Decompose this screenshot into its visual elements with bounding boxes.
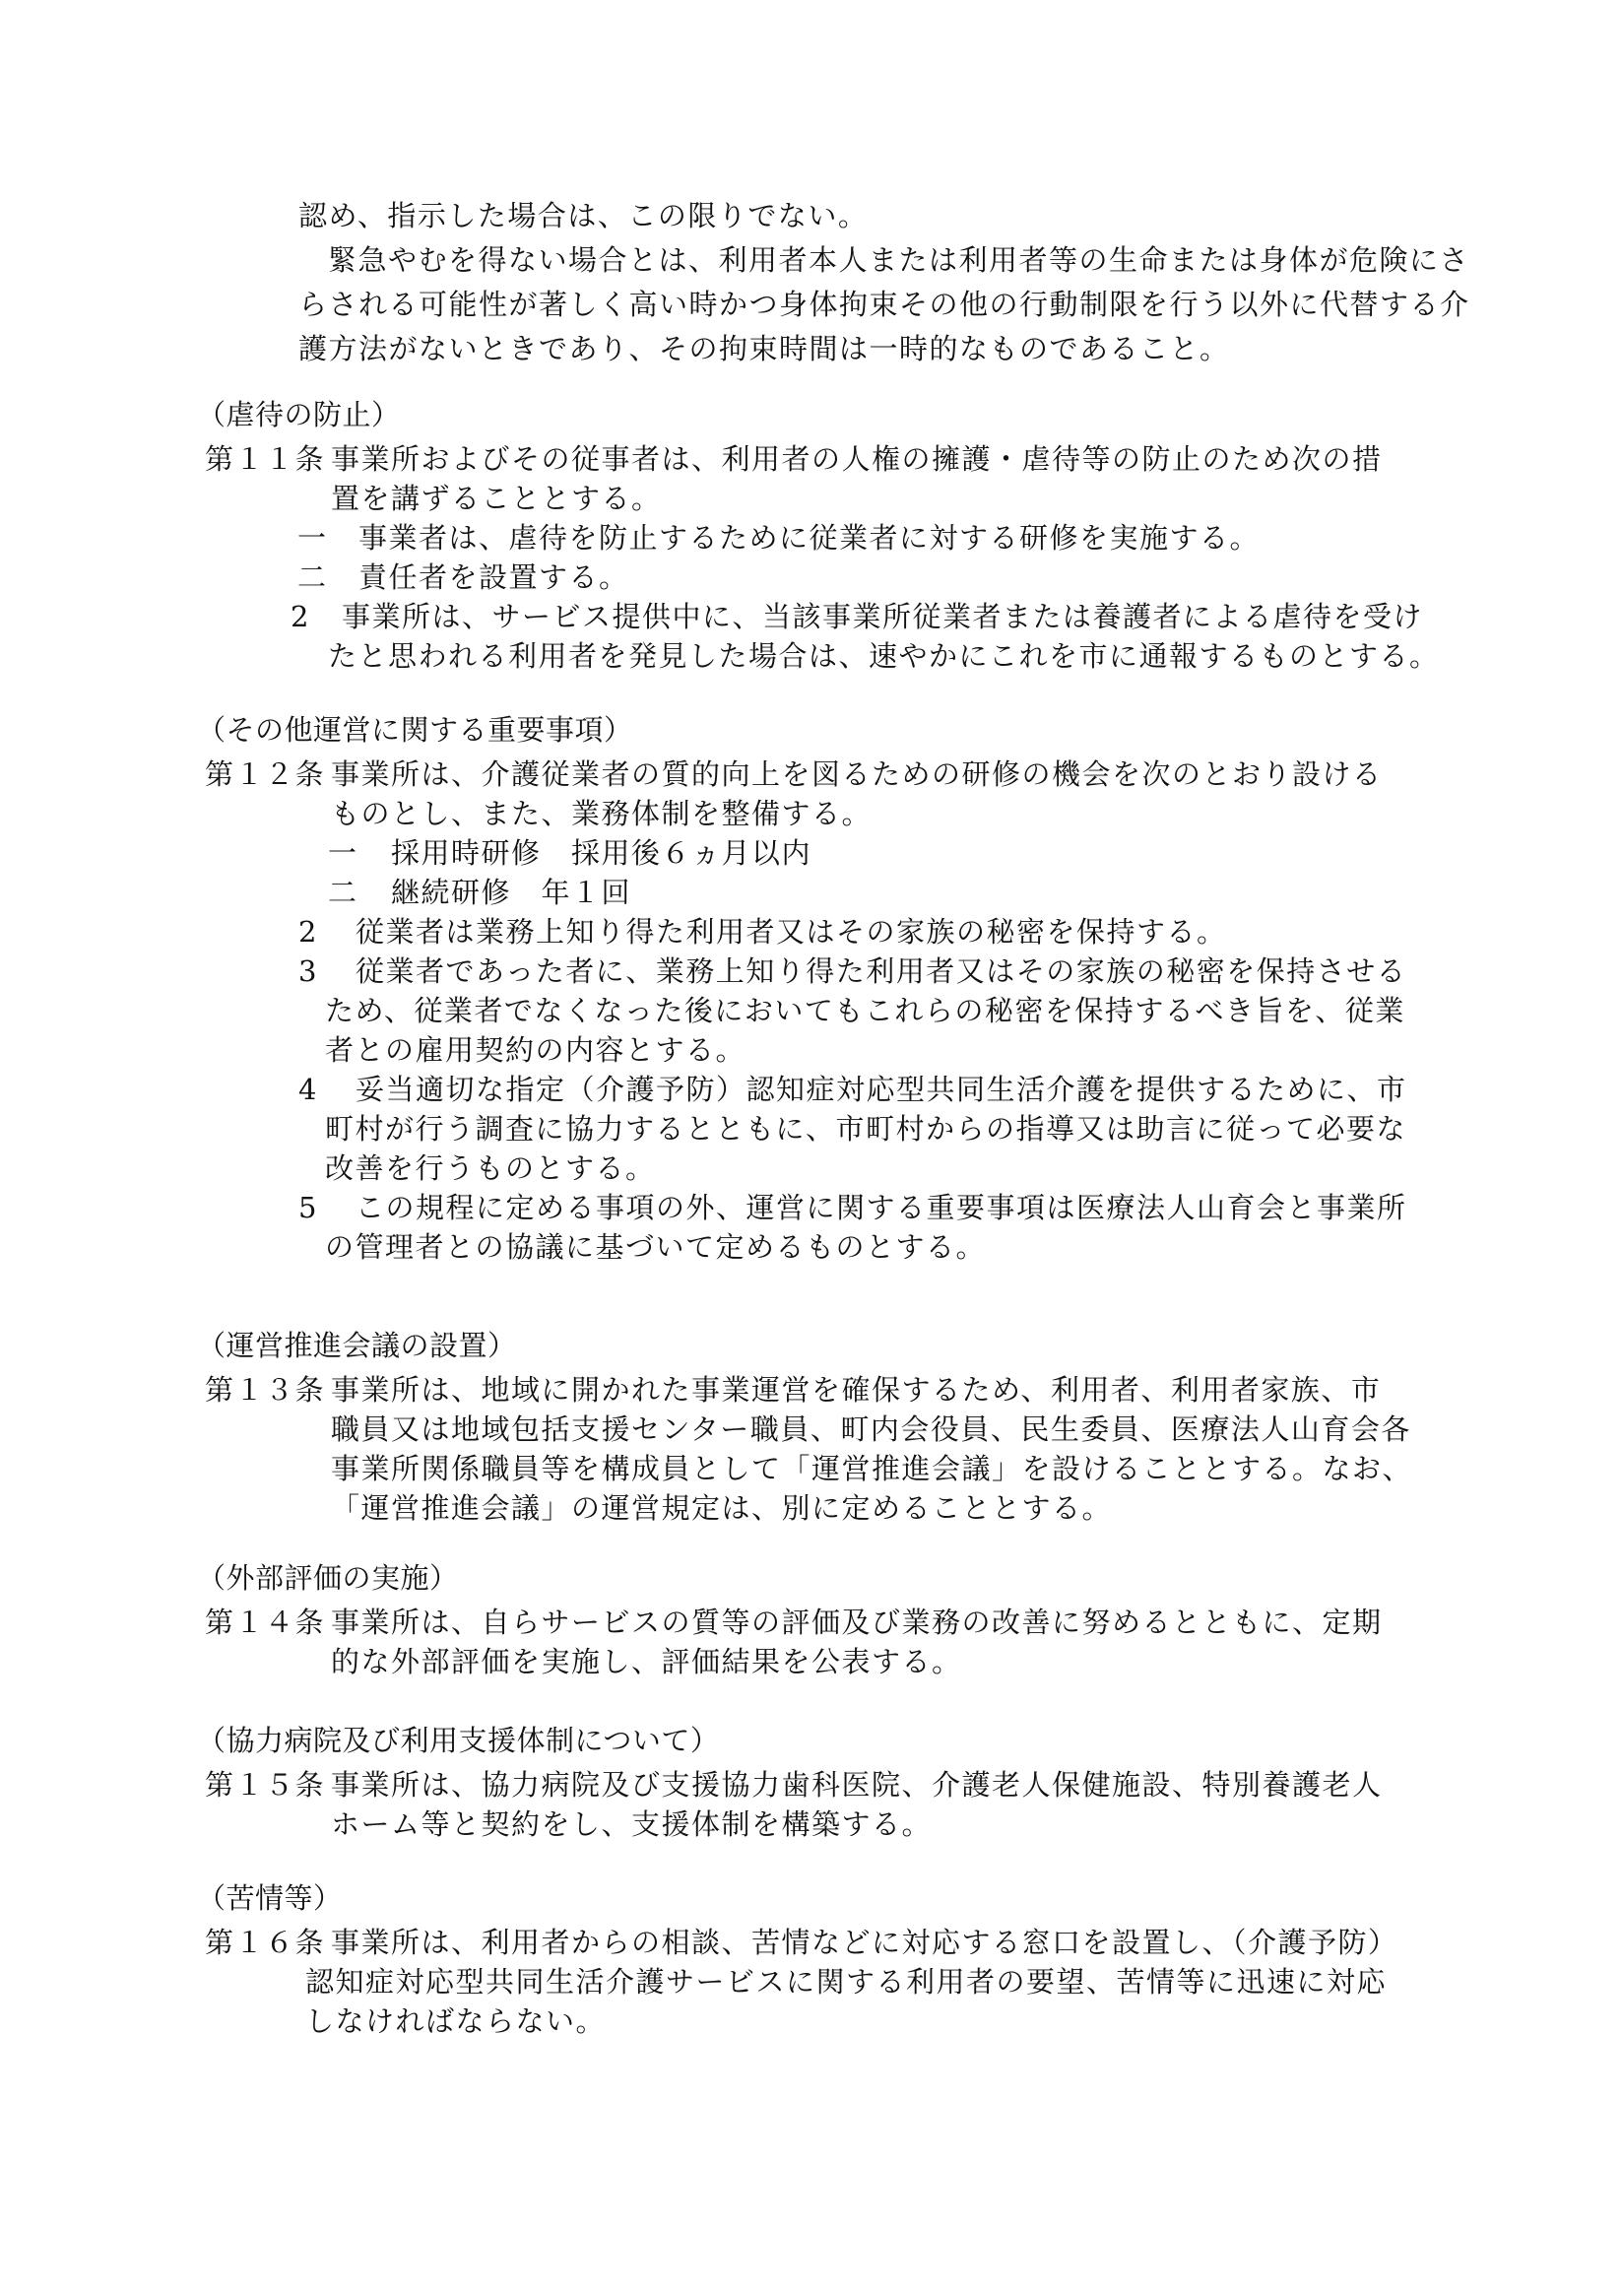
article-heading: （虐待の防止） (197, 396, 401, 433)
intro-line: 護方法がないときであり、その拘束時間は一時的なものであること。 (298, 330, 1230, 367)
list-item: 二責任者を設置する。 (297, 558, 629, 596)
article-heading: （苦情等） (197, 1879, 343, 1917)
paragraph-text: 事業所は、サービス提供中に、当該事業所従業者または養護者による虐待を受け (342, 600, 1423, 633)
paragraph-number: 5 (298, 1189, 356, 1226)
paragraph-number: 2 (291, 598, 342, 635)
article-text: 事業所は、地域に開かれた事業運営を確保するため、利用者、利用者家族、市 (331, 1373, 1381, 1407)
article-first-line: 第１５条事業所は、協力病院及び支援協力歯科医院、介護老人保健施設、特別養護老人 (205, 1766, 1383, 1804)
paragraph-line: 者との雇用契約の内容とする。 (325, 1031, 746, 1069)
paragraph-text: 従業者であった者に、業務上知り得た利用者又はその家族の秘密を保持させる (356, 954, 1406, 988)
article-line: ものとし、また、業務体制を整備する。 (331, 795, 872, 832)
article-line: 「運営推進会議」の運営規定は、別に定めることとする。 (331, 1489, 1112, 1527)
paragraph-line: 2従業者は業務上知り得た利用者又はその家族の秘密を保持する。 (298, 913, 1227, 951)
list-marker: 二 (297, 558, 358, 596)
paragraph-line: ため、従業者でなくなった後においてもこれらの秘密を保持するべき旨を、従業 (325, 992, 1405, 1029)
article-first-line: 第１２条事業所は、介護従業者の質的向上を図るための研修の機会を次のとおり設ける (205, 755, 1383, 793)
paragraph-text: 妥当適切な指定（介護予防）認知症対応型共同生活介護を提供するために、市 (356, 1073, 1407, 1106)
article-line: 置を講ずることとする。 (331, 480, 662, 517)
intro-line: 認め、指示した場合は、この限りでない。 (298, 197, 868, 234)
article-line: 的な外部評価を実施し、評価結果を公表する。 (331, 1643, 962, 1680)
article-line: 事業所関係職員等を構成員として「運営推進会議」を設けることとする。なお、 (331, 1450, 1412, 1487)
article-number: 第１６条 (205, 1924, 331, 1961)
list-text: 採用時研修 採用後６ヵ月以内 (391, 836, 811, 870)
article-heading: （外部評価の実施） (197, 1559, 459, 1597)
intro-line: らされる可能性が著しく高い時かつ身体拘束その他の行動制限を行う以外に代替する介 (298, 286, 1470, 323)
paragraph-line: 町村が行う調査に協力するとともに、市町村からの指導又は助言に従って必要な (325, 1110, 1406, 1148)
paragraph-text: 従業者は業務上知り得た利用者又はその家族の秘密を保持する。 (356, 915, 1227, 949)
document-page: 認め、指示した場合は、この限りでない。 緊急やむを得ない場合とは、利用者本人また… (0, 0, 1621, 2296)
article-text: 事業所は、介護従業者の質的向上を図るための研修の機会を次のとおり設ける (331, 757, 1383, 791)
paragraph-number: 2 (298, 913, 356, 951)
list-text: 事業者は、虐待を防止するために従業者に対する研修を実施する。 (358, 521, 1260, 555)
article-first-line: 第１４条事業所は、自らサービスの質等の評価及び業務の改善に努めるとともに、定期 (205, 1604, 1383, 1641)
paragraph-number: 3 (298, 952, 356, 990)
article-number: 第１２条 (205, 755, 331, 793)
article-heading: （運営推進会議の設置） (197, 1327, 517, 1364)
list-marker: 一 (297, 519, 358, 557)
article-line: 認知症対応型共同生活介護サービスに関する利用者の要望、苦情等に迅速に対応 (305, 1963, 1387, 2001)
paragraph-line: 5この規程に定める事項の外、運営に関する重要事項は医療法人山育会と事業所 (298, 1189, 1407, 1226)
article-text: 事業所は、利用者からの相談、苦情などに対応する窓口を設置し、（介護予防） (331, 1926, 1398, 1959)
article-number: 第１４条 (205, 1604, 331, 1641)
article-first-line: 第１６条事業所は、利用者からの相談、苦情などに対応する窓口を設置し、（介護予防） (205, 1924, 1398, 1961)
article-number: 第１５条 (205, 1766, 331, 1804)
article-number: 第１３条 (205, 1371, 331, 1409)
article-text: 事業所は、協力病院及び支援協力歯科医院、介護老人保健施設、特別養護老人 (331, 1768, 1383, 1802)
list-item: 一事業者は、虐待を防止するために従業者に対する研修を実施する。 (297, 519, 1260, 557)
list-item: 一採用時研修 採用後６ヵ月以内 (328, 834, 811, 872)
intro-line: 緊急やむを得ない場合とは、利用者本人または利用者等の生命または身体が危険にさ (328, 241, 1469, 279)
paragraph-number: 4 (298, 1071, 356, 1108)
list-text: 継続研修 年１回 (391, 876, 631, 909)
article-heading: （その他運営に関する重要事項） (197, 711, 633, 749)
article-number: 第１１条 (205, 440, 331, 478)
paragraph-line: 2事業所は、サービス提供中に、当該事業所従業者または養護者による虐待を受け (291, 598, 1423, 635)
list-item: 二継続研修 年１回 (328, 874, 631, 911)
list-marker: 一 (328, 834, 391, 872)
paragraph-line: の管理者との協議に基づいて定めるものとする。 (325, 1228, 986, 1266)
list-text: 責任者を設置する。 (358, 560, 629, 594)
paragraph-line: 改善を行うものとする。 (325, 1149, 656, 1187)
article-text: 事業所は、自らサービスの質等の評価及び業務の改善に努めるとともに、定期 (331, 1606, 1383, 1639)
article-line: 職員又は地域包括支援センター職員、町内会役員、民生委員、医療法人山育会各 (331, 1410, 1411, 1448)
list-marker: 二 (328, 874, 391, 911)
article-first-line: 第１３条事業所は、地域に開かれた事業運営を確保するため、利用者、利用者家族、市 (205, 1371, 1381, 1409)
article-text: 事業所およびその従事者は、利用者の人権の擁護・虐待等の防止のため次の措 (331, 442, 1383, 476)
article-line: しなければならない。 (305, 2002, 606, 2040)
article-heading: （協力病院及び利用支援体制について） (197, 1722, 719, 1759)
paragraph-text: この規程に定める事項の外、運営に関する重要事項は医療法人山育会と事業所 (356, 1191, 1407, 1224)
article-line: ホーム等と契約をし、支援体制を構築する。 (331, 1805, 932, 1843)
paragraph-line: 3従業者であった者に、業務上知り得た利用者又はその家族の秘密を保持させる (298, 952, 1406, 990)
paragraph-line: たと思われる利用者を発見した場合は、速やかにこれを市に通報するものとする。 (328, 637, 1440, 675)
article-first-line: 第１１条事業所およびその従事者は、利用者の人権の擁護・虐待等の防止のため次の措 (205, 440, 1383, 478)
paragraph-line: 4妥当適切な指定（介護予防）認知症対応型共同生活介護を提供するために、市 (298, 1071, 1407, 1108)
